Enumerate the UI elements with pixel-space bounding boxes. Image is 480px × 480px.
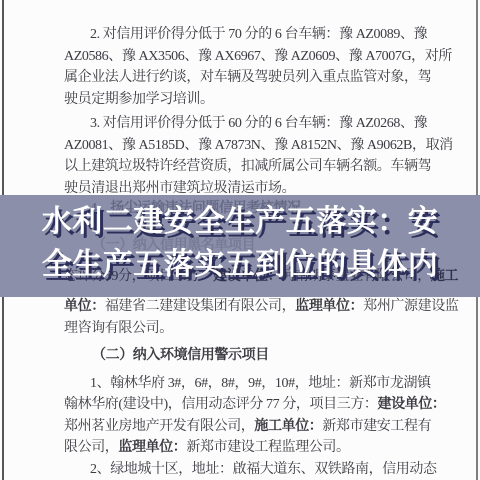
document-line: 属企业法人进行约谈，对车辆及驾驶员列入重点监管对象，驾 — [64, 67, 420, 89]
bold-label: 施工单位： — [254, 419, 322, 434]
document-line: 翰林华府(建设中)，信用动态评分 77 分，项目三方：建设单位： — [64, 394, 420, 416]
bold-label: 单位： — [64, 299, 105, 314]
document-line: 理咨询有限公司。 — [64, 318, 420, 340]
document-line: 2. 对信用评价得分低于 70 分的 6 台车辆：豫 AZ0089、豫 — [64, 24, 420, 46]
text-segment: 郑州茗业房地产开发有限公司， — [64, 419, 254, 434]
document-line: 单位：福建省二建建设集团有限公司，监理单位：郑州广源建设监 — [64, 296, 420, 318]
article-title: 水利二建安全生产五落实：安 全生产五落实五到位的具体内 — [0, 200, 480, 286]
bold-label: 建设单位： — [378, 397, 446, 412]
document-line: 2、绿地城十区，地址：啟福大道东、双铁路南，信用动态 — [64, 459, 420, 480]
document-line: AZ0586、豫 AX3506、豫 AX6967、豫 AZ0609、豫 A700… — [64, 46, 420, 68]
document-line: 3. 对信用评价得分低于 60 分的 6 台车辆：豫 AZ0268、豫 — [64, 113, 420, 135]
document-line: 驶员定期参加学习培训。 — [64, 89, 420, 111]
text-segment: 福建省二建建设集团有限公司， — [105, 299, 295, 314]
text-segment: 新郑市建安工程有 — [322, 419, 431, 434]
section-heading: （二）纳入环境信用警示项目 — [64, 345, 420, 367]
text-segment: 新郑市建设工程监理公司。 — [186, 440, 349, 455]
text-segment: 翰林华府(建设中)，信用动态评分 77 分，项目三方： — [64, 397, 378, 412]
bold-label: 监理单位： — [118, 440, 186, 455]
article-title-overlay: 4、扬尘运输违法问题信用考核情况 （一）纳入信用黑名单项目 态评分59分，项目三… — [0, 195, 480, 297]
document-line: 以上建筑垃圾特许经营资质，扣减所属公司车辆名额。车辆驾 — [64, 156, 420, 178]
article-title-line-1: 水利二建安全生产五落实：安 — [0, 200, 480, 243]
document-bottom-section: 单位：福建省二建建设集团有限公司，监理单位：郑州广源建设监 理咨询有限公司。 （… — [64, 296, 420, 480]
article-title-line-2: 全生产五落实五到位的具体内 — [0, 243, 480, 286]
document-line: 限公司，监理单位：新郑市建设工程监理公司。 — [64, 437, 420, 459]
bold-label: 监理单位： — [295, 299, 363, 314]
document-top-section: 2. 对信用评价得分低于 70 分的 6 台车辆：豫 AZ0089、豫 AZ05… — [64, 24, 420, 199]
text-segment: 郑州广源建设监 — [363, 299, 458, 314]
text-segment: 限公司， — [64, 440, 118, 455]
document-line: AZ0081、豫 A5185D、豫 A7873N、豫 A8152N、豫 A906… — [64, 135, 420, 157]
document-line: 郑州茗业房地产开发有限公司，施工单位：新郑市建安工程有 — [64, 416, 420, 438]
document-line: 1、翰林华府 3#，6#，8#，9#，10#，地址：新郑市龙湖镇 — [64, 373, 420, 395]
scanned-document-page: 2. 对信用评价得分低于 70 分的 6 台车辆：豫 AZ0089、豫 AZ05… — [0, 0, 480, 480]
